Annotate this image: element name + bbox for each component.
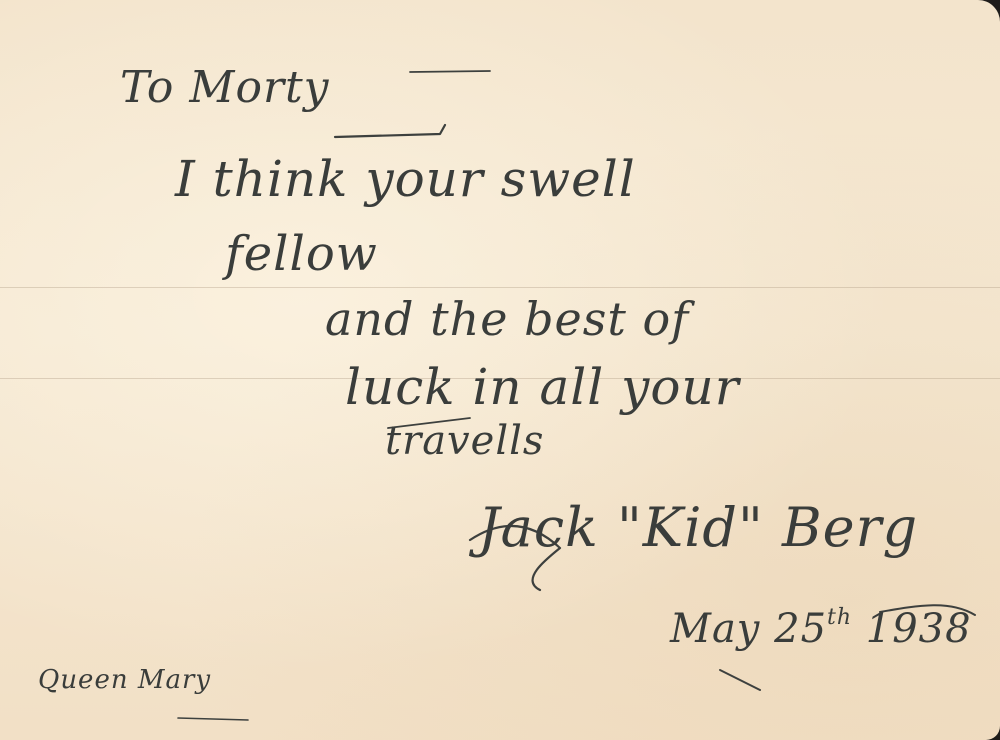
message-line: travells: [385, 418, 544, 464]
signature-date: May 25th 1938: [670, 605, 972, 652]
message-line: fellow: [225, 226, 378, 282]
date-month-day: May 25: [670, 606, 827, 652]
message-line: luck in all your: [345, 358, 740, 416]
date-year: 1938: [866, 606, 972, 652]
date-ordinal: th: [827, 605, 852, 630]
message-line: and the best of: [325, 292, 689, 346]
signature: Jack "Kid" Berg: [478, 496, 918, 559]
message-line: I think your swell: [175, 150, 636, 208]
place-note: Queen Mary: [38, 665, 211, 695]
autograph-card: To Morty I think your swell fellow and t…: [0, 0, 1000, 740]
paper-crease-line: [0, 287, 1000, 288]
salutation: To Morty: [120, 62, 330, 113]
